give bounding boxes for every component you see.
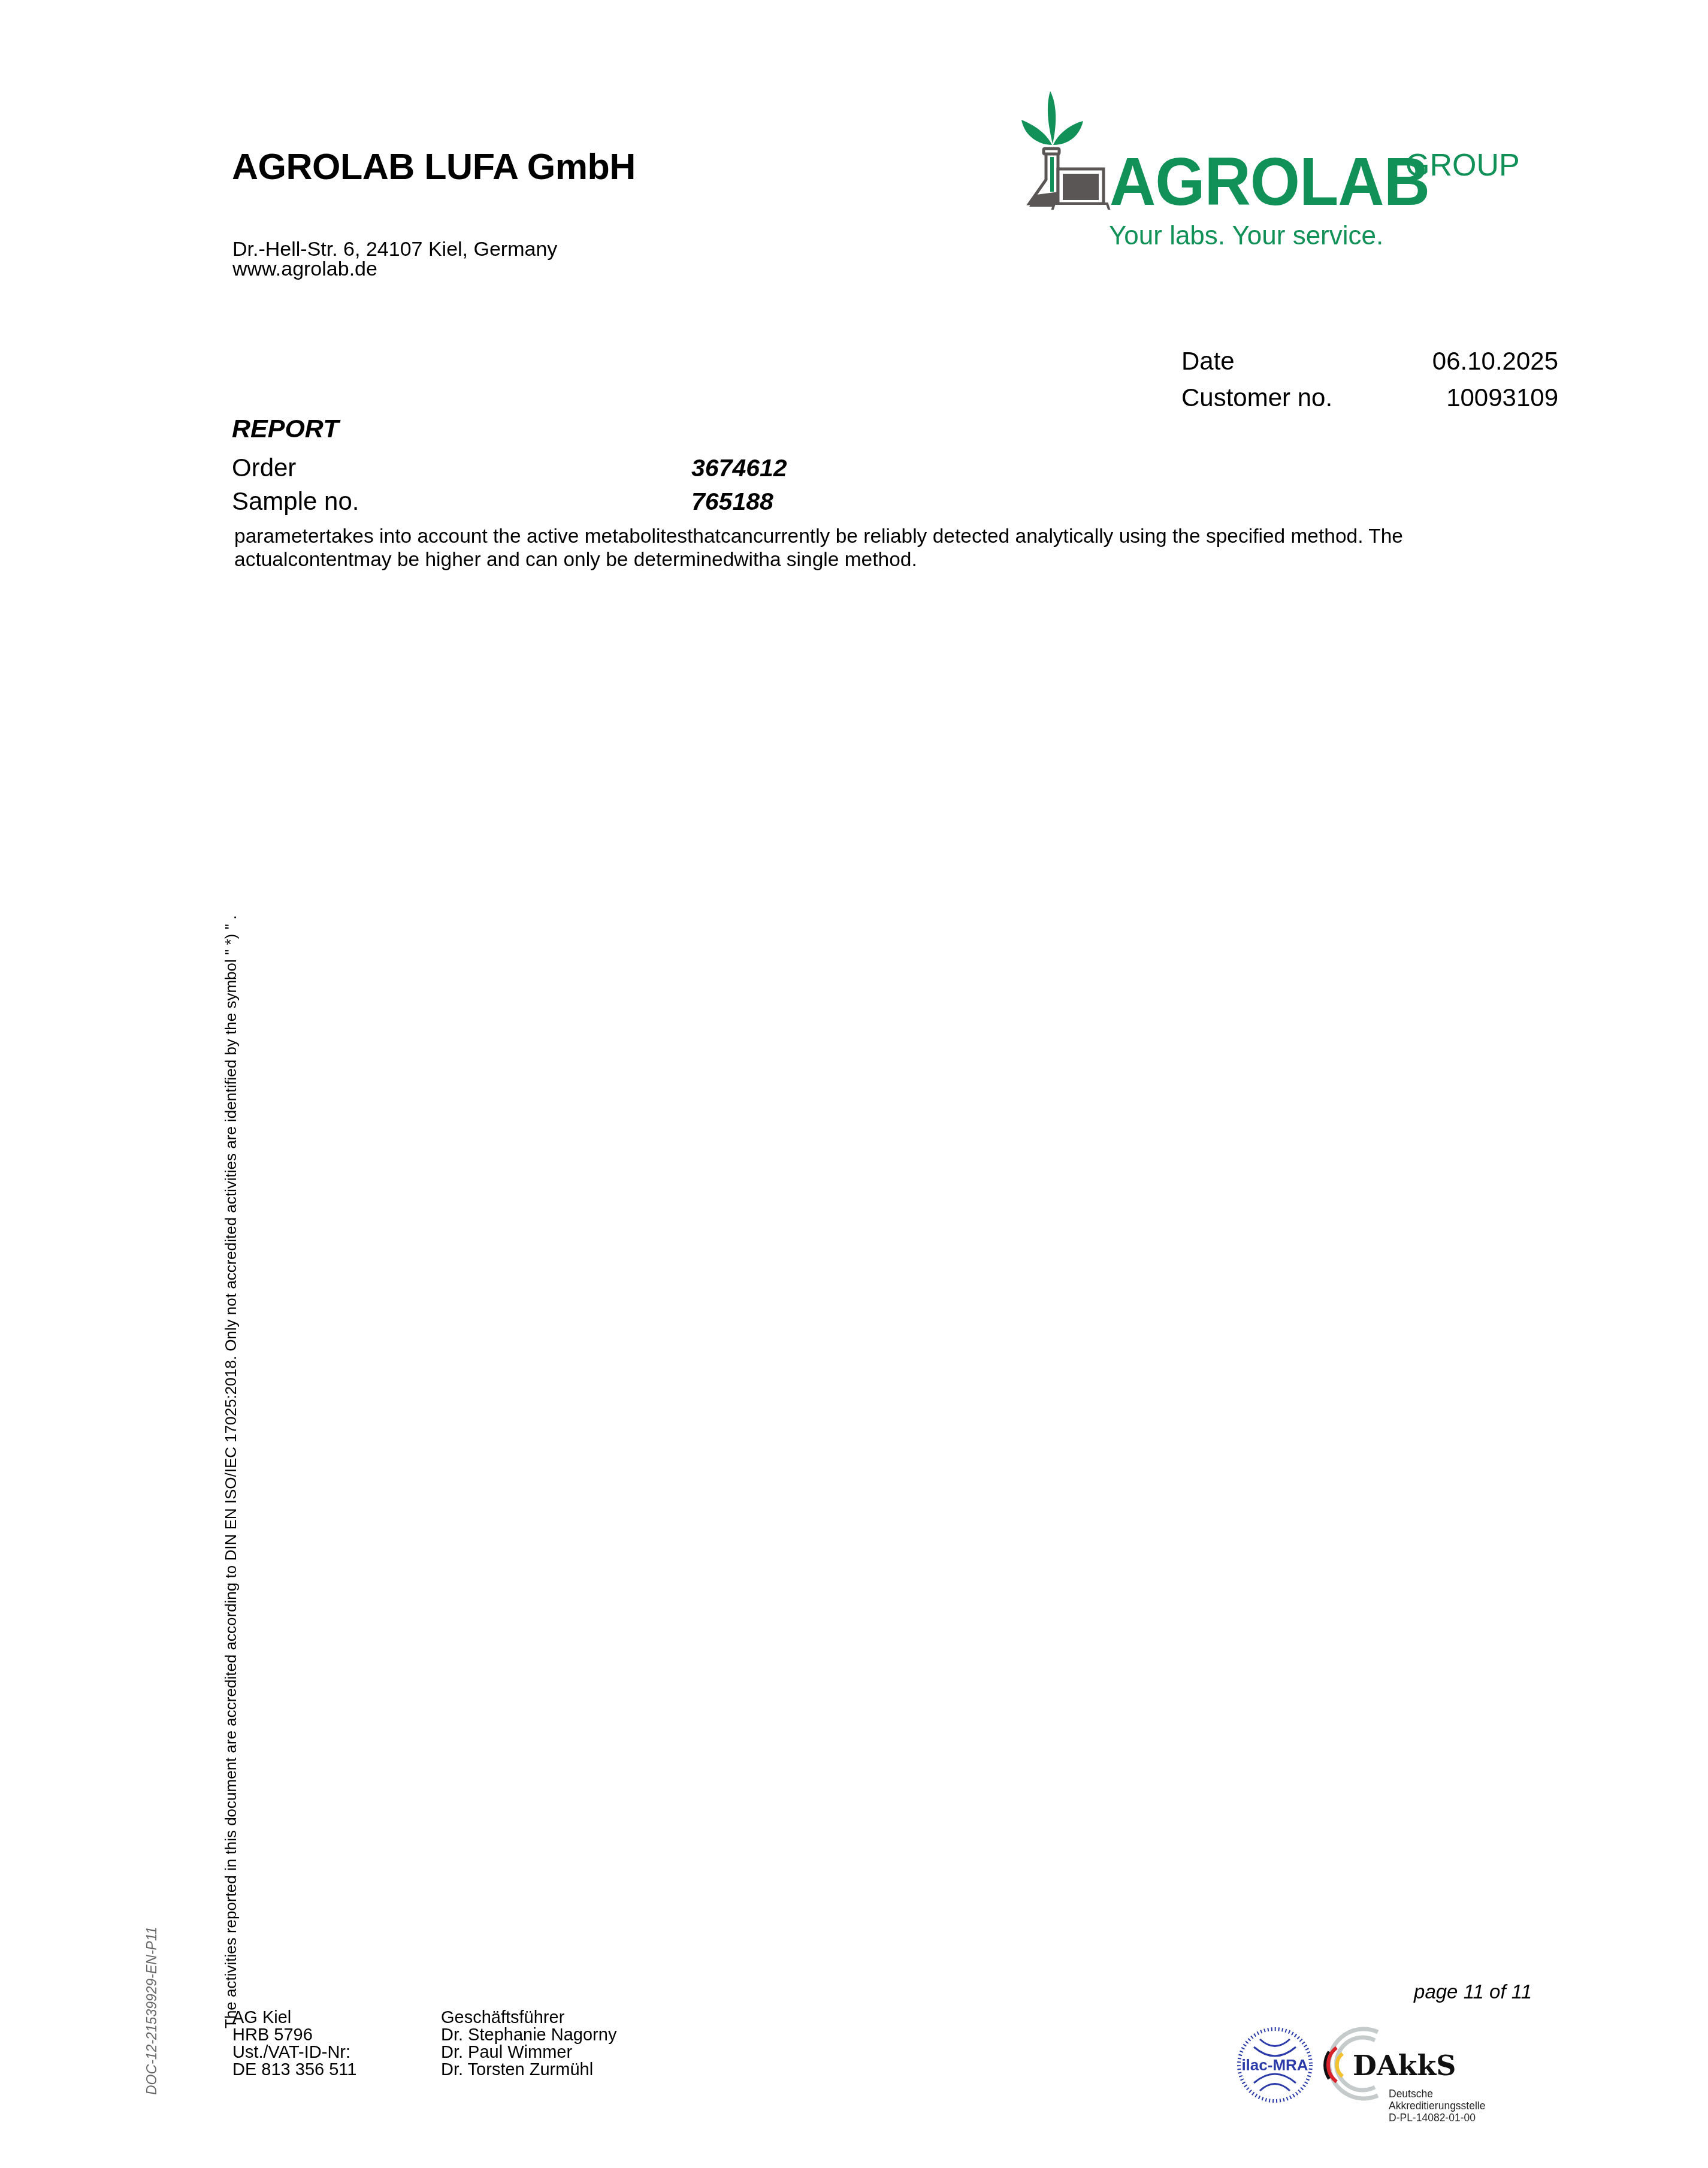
customer-number-label: Customer no.	[1181, 385, 1332, 410]
managing-director: Dr. Torsten Zurmühl	[441, 2061, 616, 2079]
dakks-accreditation-number: D-PL-14082-01-00	[1389, 2112, 1476, 2124]
svg-text:ilac-MRA: ilac-MRA	[1241, 2056, 1308, 2074]
customer-number-value: 10093109	[1446, 385, 1558, 410]
report-title: REPORT	[232, 416, 338, 442]
report-note: parametertakes into account the active m…	[234, 525, 1492, 572]
registration-court: AG Kiel	[232, 2009, 356, 2027]
dakks-wordmark: DAkkS	[1353, 2052, 1456, 2079]
date-label: Date	[1181, 349, 1235, 374]
agrolab-tagline: Your labs. Your service.	[1109, 223, 1383, 249]
managing-director: Dr. Stephanie Nagorny	[441, 2027, 616, 2044]
ilac-mra-logo-icon: ilac-MRA	[1236, 2026, 1314, 2104]
company-name: AGROLAB LUFA GmbH	[232, 146, 636, 188]
sample-number-label: Sample no.	[232, 489, 359, 514]
management-heading: Geschäftsführer	[441, 2009, 616, 2027]
company-address: Dr.-Hell-Str. 6, 24107 Kiel, Germany	[232, 239, 557, 259]
page-number: page 11 of 11	[1414, 1980, 1532, 2003]
managing-director: Dr. Paul Wimmer	[441, 2044, 616, 2061]
document-id: DOC-12-21539929-EN-P11	[144, 1927, 159, 2095]
dakks-subtitle: Deutsche	[1389, 2088, 1433, 2100]
agrolab-wordmark: AGROLAB	[1110, 149, 1429, 216]
registration-number: HRB 5796	[232, 2027, 356, 2044]
company-website: www.agrolab.de	[232, 259, 377, 279]
management-info: Geschäftsführer Dr. Stephanie Nagorny Dr…	[441, 2009, 616, 2079]
order-value: 3674612	[691, 455, 787, 480]
agrolab-group-label: GROUP	[1405, 150, 1520, 181]
sample-number-value: 765188	[691, 489, 773, 514]
order-label: Order	[232, 455, 296, 480]
registration-info: AG Kiel HRB 5796 Ust./VAT-ID-Nr: DE 813 …	[232, 2009, 356, 2079]
date-value: 06.10.2025	[1432, 349, 1558, 374]
vat-number: DE 813 356 511	[232, 2061, 356, 2079]
dakks-subtitle: Akkreditierungsstelle	[1389, 2100, 1485, 2112]
accreditation-note: The activities reported in this document…	[222, 915, 239, 2028]
vat-label: Ust./VAT-ID-Nr:	[232, 2044, 356, 2061]
agrolab-flask-laptop-icon	[1012, 84, 1114, 210]
